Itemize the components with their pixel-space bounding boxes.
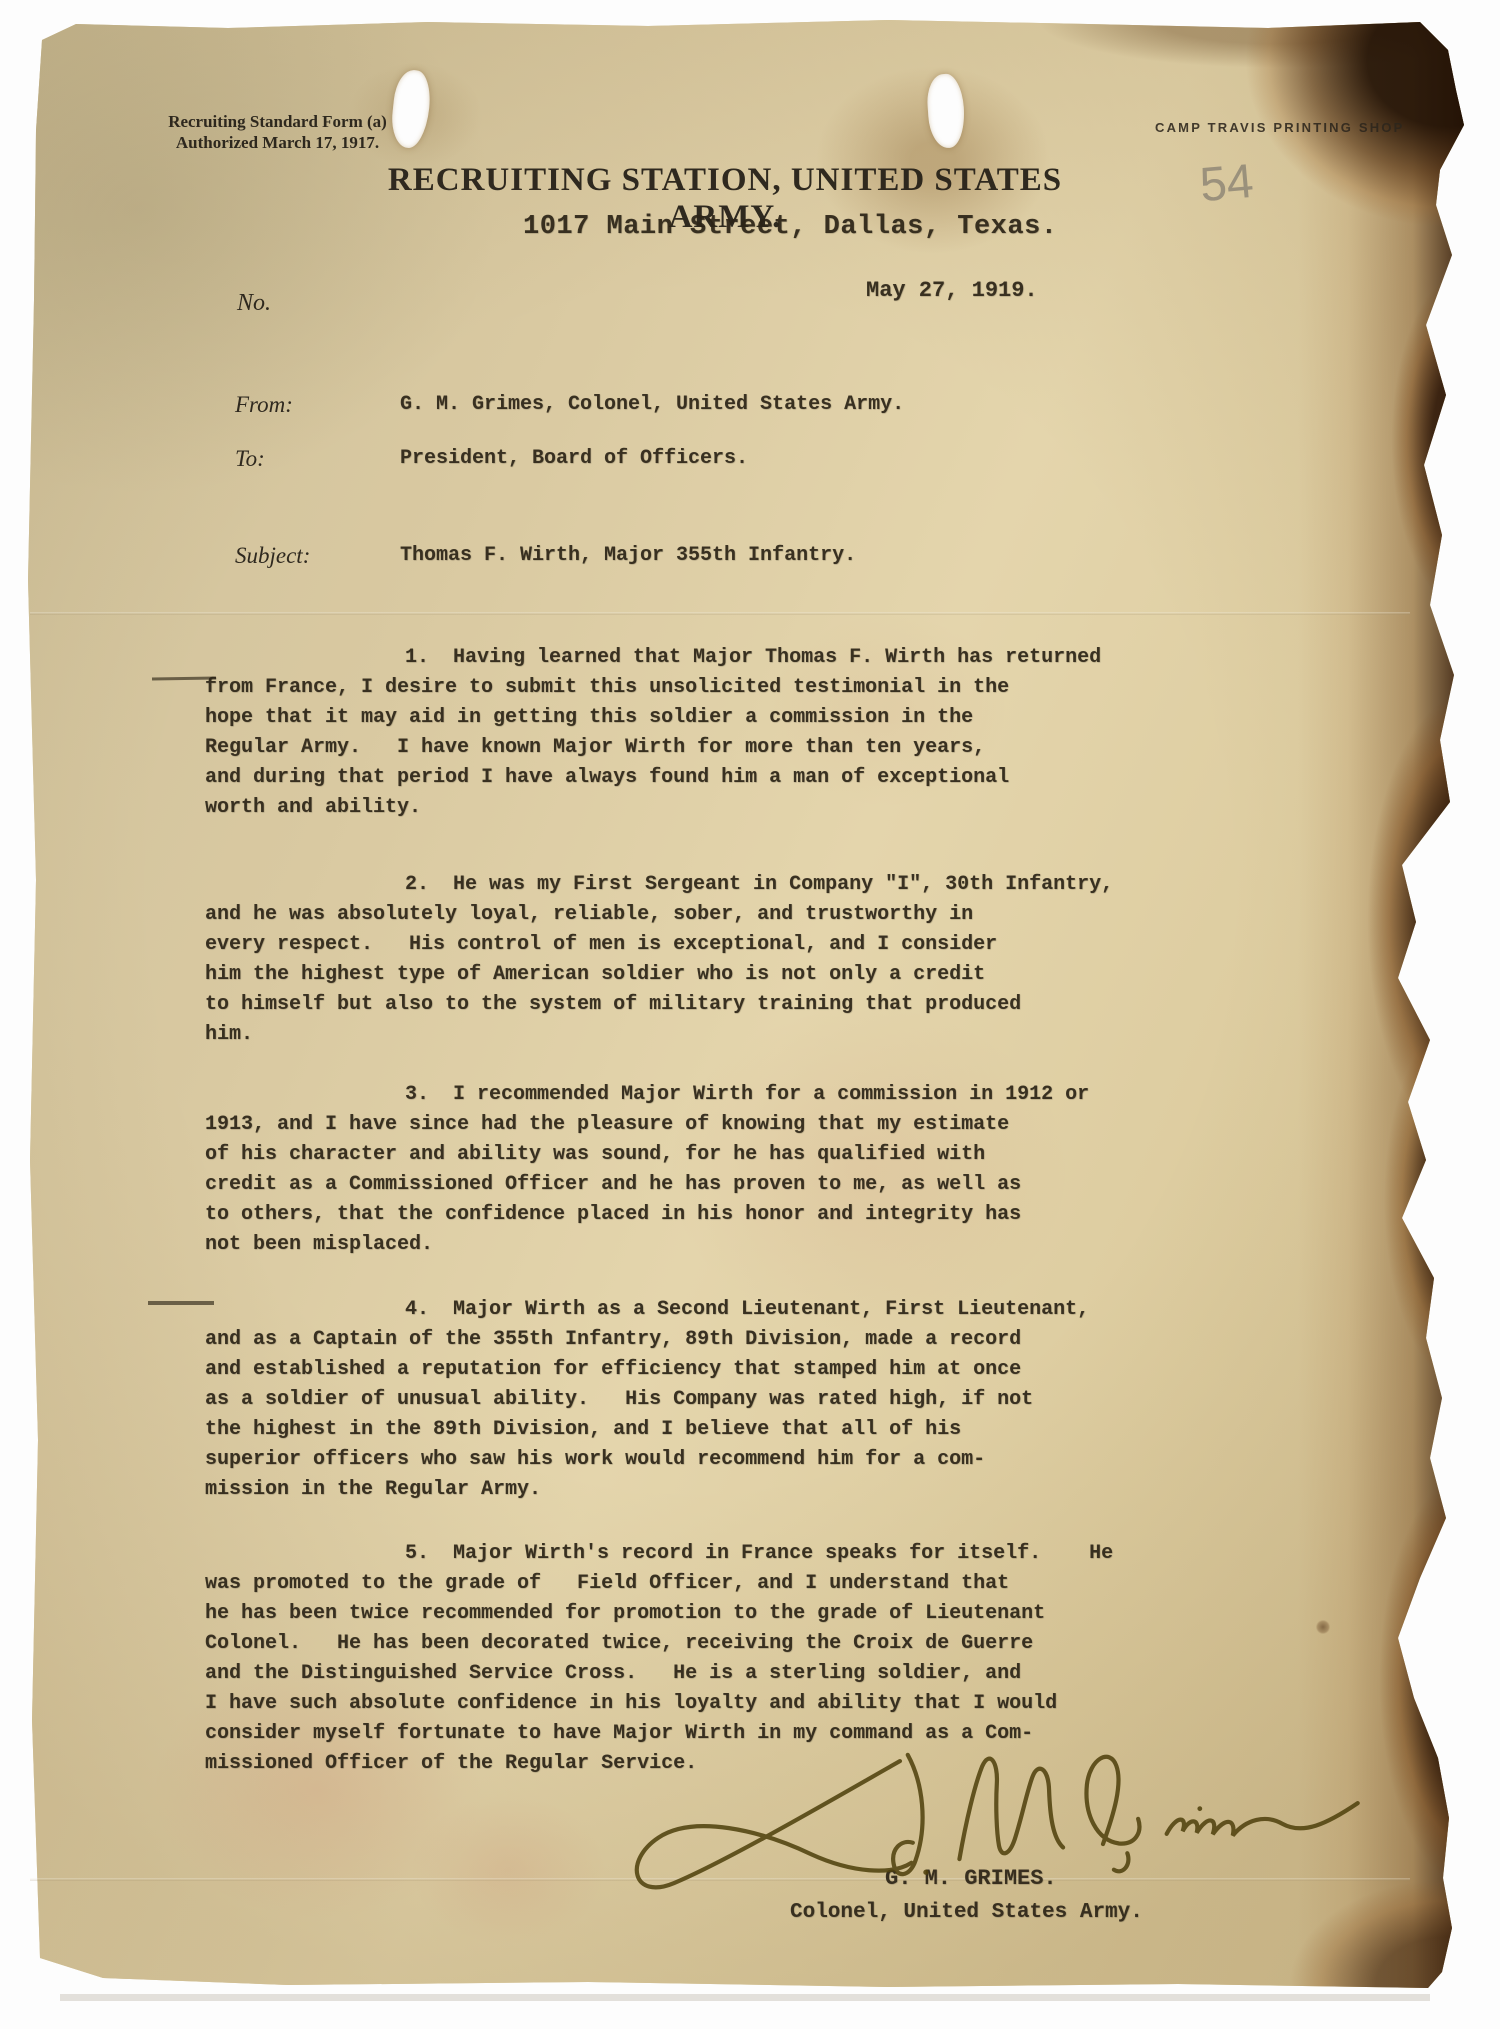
body-line: worth and ability. (205, 793, 1085, 823)
body-line: credit as a Commissioned Officer and he … (205, 1170, 1085, 1200)
body-line: to others, that the confidence placed in… (205, 1200, 1085, 1230)
to-label: To: (235, 446, 265, 472)
subject-label: Subject: (235, 543, 310, 569)
body-line: Regular Army. I have known Major Wirth f… (205, 733, 1085, 763)
from-label: From: (235, 392, 293, 418)
body-line: superior officers who saw his work would… (205, 1445, 1085, 1475)
body-line: Colonel. He has been decorated twice, re… (205, 1629, 1085, 1659)
pencil-page-number: 54 (1198, 154, 1256, 213)
body-line: of his character and ability was sound, … (205, 1140, 1085, 1170)
subject-value: Thomas F. Wirth, Major 355th Infantry. (400, 544, 856, 567)
from-value: G. M. Grimes, Colonel, United States Arm… (400, 393, 904, 416)
body-line: and during that period I have always fou… (205, 763, 1085, 793)
body-line: the highest in the 89th Division, and I … (205, 1415, 1085, 1445)
body-line: not been misplaced. (205, 1230, 1085, 1260)
handwritten-signature (608, 1727, 1373, 1908)
body-line: 4. Major Wirth as a Second Lieutenant, F… (205, 1295, 1085, 1325)
body-line: and established a reputation for efficie… (205, 1355, 1085, 1385)
paragraph-2: 2. He was my First Sergeant in Company "… (205, 870, 1085, 1050)
printer-mark: CAMP TRAVIS PRINTING SHOP (1155, 120, 1405, 135)
station-address: 1017 Main Street, Dallas, Texas. (523, 212, 1057, 242)
no-label: No. (237, 290, 271, 317)
body-line: 1913, and I have since had the pleasure … (205, 1110, 1085, 1140)
body-line: he has been twice recommended for promot… (205, 1599, 1085, 1629)
body-line: 2. He was my First Sergeant in Company "… (205, 870, 1085, 900)
date-line: May 27, 1919. (866, 278, 1038, 303)
form-note-line1: Recruiting Standard Form (a) (145, 111, 410, 132)
form-note: Recruiting Standard Form (a) Authorized … (145, 111, 410, 153)
body-line: from France, I desire to submit this uns… (205, 673, 1085, 703)
body-line: to himself but also to the system of mil… (205, 990, 1085, 1020)
body-line: and as a Captain of the 355th Infantry, … (205, 1325, 1085, 1355)
body-line: I have such absolute confidence in his l… (205, 1689, 1085, 1719)
body-line: and the Distinguished Service Cross. He … (205, 1659, 1085, 1689)
body-line: 3. I recommended Major Wirth for a commi… (205, 1080, 1085, 1110)
paragraph-1: 1. Having learned that Major Thomas F. W… (205, 643, 1085, 823)
body-line: him the highest type of American soldier… (205, 960, 1085, 990)
paragraph-4: 4. Major Wirth as a Second Lieutenant, F… (205, 1295, 1085, 1505)
body-line: and he was absolutely loyal, reliable, s… (205, 900, 1085, 930)
body-line: every respect. His control of men is exc… (205, 930, 1085, 960)
signature-typed-title: Colonel, United States Army. (790, 1901, 1143, 1924)
body-line: as a soldier of unusual ability. His Com… (205, 1385, 1085, 1415)
body-line: 1. Having learned that Major Thomas F. W… (205, 643, 1085, 673)
scanned-letter-page: Recruiting Standard Form (a) Authorized … (0, 0, 1500, 2029)
body-line: 5. Major Wirth's record in France speaks… (205, 1539, 1085, 1569)
body-line: mission in the Regular Army. (205, 1475, 1085, 1505)
body-line: hope that it may aid in getting this sol… (205, 703, 1085, 733)
body-line: him. (205, 1020, 1085, 1050)
scan-edge-shadow (60, 1994, 1430, 2001)
to-value: President, Board of Officers. (400, 447, 748, 470)
body-line: was promoted to the grade of Field Offic… (205, 1569, 1085, 1599)
fold-crease-top (30, 612, 1410, 615)
form-note-line2: Authorized March 17, 1917. (145, 132, 410, 153)
paragraph-3: 3. I recommended Major Wirth for a commi… (205, 1080, 1085, 1260)
